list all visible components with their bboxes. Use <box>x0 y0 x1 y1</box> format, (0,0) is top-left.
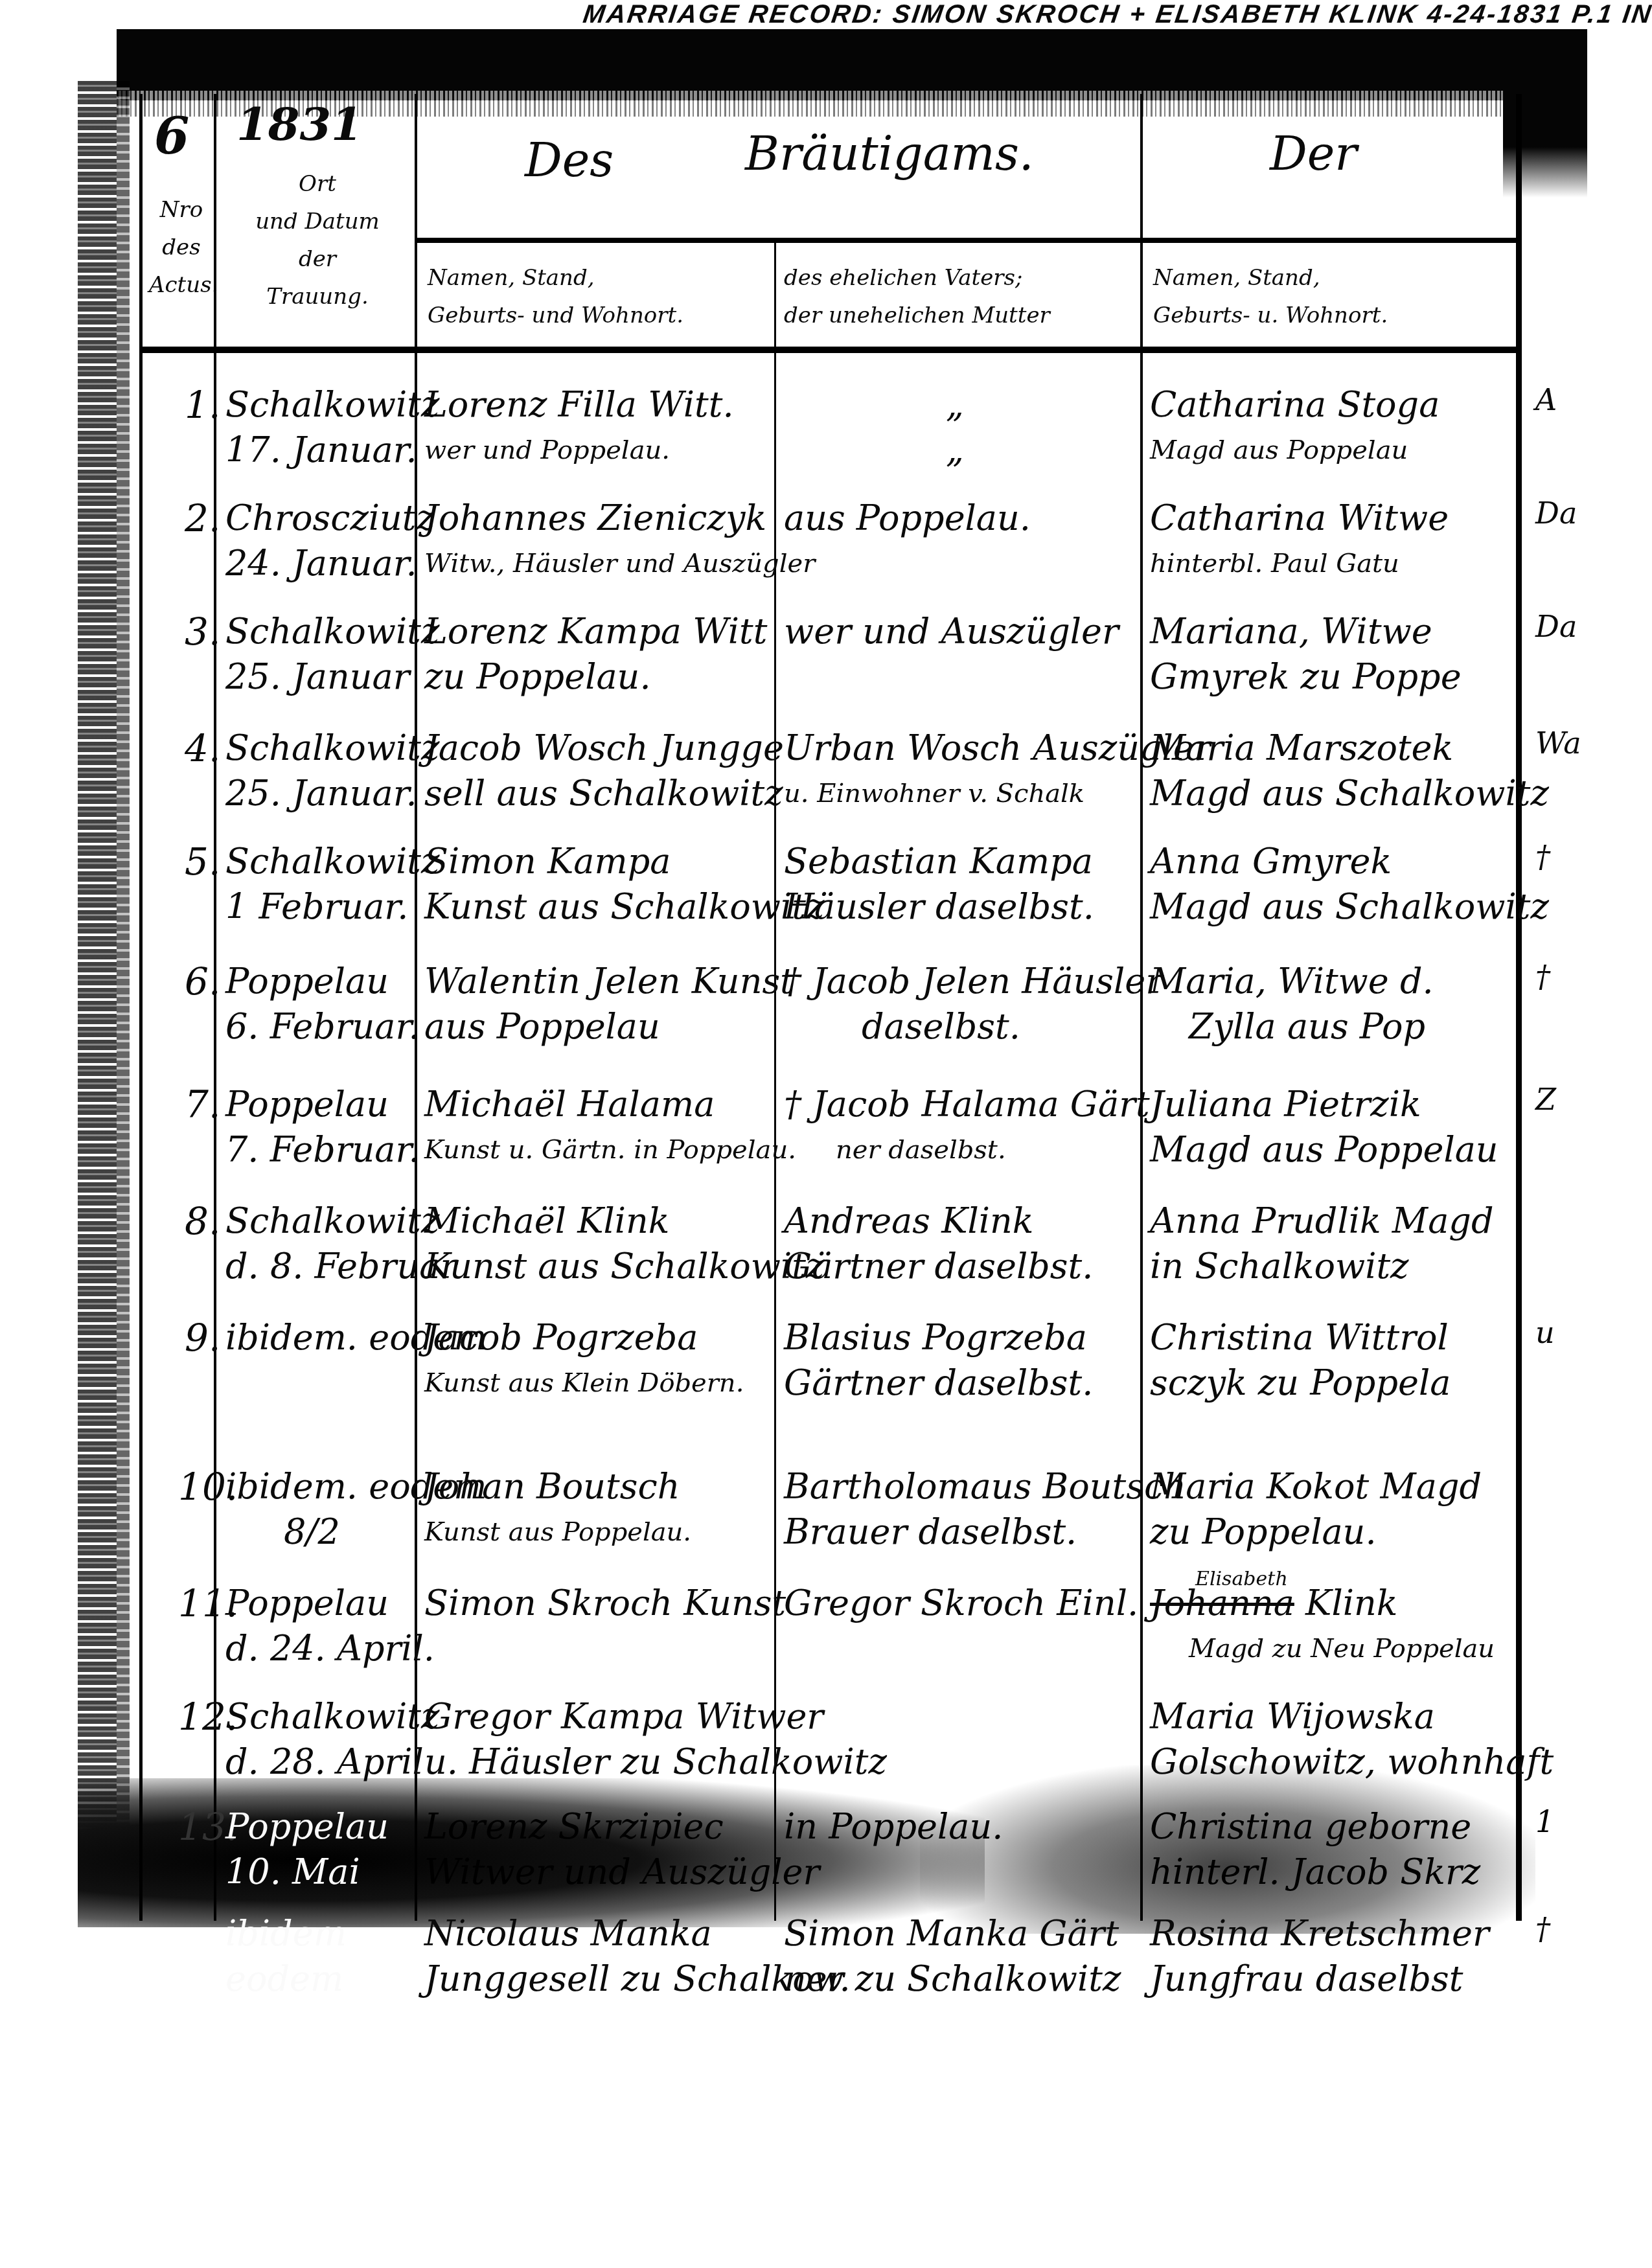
header-title-des: Des <box>525 133 614 187</box>
entry-groom: Jacob PogrzebaKunst aus Klein Döbern. <box>424 1315 744 1406</box>
entry-parents: Blasius PogrzebaGärtner daselbst. <box>784 1315 1093 1406</box>
parents-line-2: u. Einwohner v. Schalk <box>784 771 1211 816</box>
page-number: 6 <box>154 107 189 166</box>
entry-groom: Lorenz Kampa Wittzu Poppelau. <box>424 609 767 700</box>
entry-place-date: ibidemeodem <box>225 1911 347 2002</box>
parents-line-1: Urban Wosch Auszügler <box>784 726 1211 771</box>
entry-parents: Bartholomaus BoutschBrauer daselbst. <box>784 1464 1186 1555</box>
handwritten-annotation: MARRIAGE RECORD: SIMON SKROCH + ELISABET… <box>580 0 1652 32</box>
column-divider-left-edge <box>139 94 143 1921</box>
register-page: 6 1831 Nro des Actus. Ort und Datum der … <box>78 29 1587 2102</box>
parents-line-2: daselbst. <box>784 1004 1162 1049</box>
parents-line-1: † Jacob Jelen Häusler <box>784 959 1162 1004</box>
bride-status: hinterl. Jacob Skrz <box>1150 1850 1480 1895</box>
entry-bride: Juliana PietrzikMagd aus Poppelau <box>1150 1082 1498 1173</box>
parents-line-2: ner zu Schalkowitz <box>784 1956 1121 2002</box>
entry-place-date: Poppelau7. Februar. <box>225 1082 420 1173</box>
groom-status: Witwer und Auszügler <box>424 1850 820 1895</box>
entry-place: Poppelau <box>225 1082 420 1127</box>
bride-status: zu Poppelau. <box>1150 1509 1482 1555</box>
header-col-ort-line: und Datum <box>224 203 411 240</box>
parents-line-2: Gärtner daselbst. <box>784 1360 1093 1406</box>
entry-place: Schalkowitz <box>225 1198 457 1244</box>
entry-place-date: Poppelau10. Mai <box>225 1804 389 1895</box>
entry-place: Chroscziutz <box>225 496 435 541</box>
entry-parents: in Poppelau. <box>784 1804 1003 1850</box>
entry-bride: Maria MarszotekMagd aus Schalkowitz <box>1150 726 1549 816</box>
header-subdivider <box>415 238 1516 243</box>
groom-status: aus Poppelau <box>424 1004 794 1049</box>
parents-line-1: † Jacob Halama Gärt <box>784 1082 1150 1127</box>
entry-groom: Michaël KlinkKunst aus Schalkowitz <box>424 1198 825 1289</box>
entry-date: d. 28. April <box>225 1739 439 1785</box>
groom-status: wer und Poppelau. <box>424 428 734 473</box>
entry-parents: „„ <box>946 382 964 473</box>
header-col-ort-line: der <box>224 240 411 278</box>
entry-place-date: Poppelau6. Februar. <box>225 959 420 1049</box>
margin-note-right: u <box>1535 1315 1555 1350</box>
parents-line-2: Gärtner daselbst. <box>784 1244 1093 1289</box>
entry-date: 1 Februar. <box>225 884 439 930</box>
entry-place-date: Schalkowitz25. Januar <box>225 609 439 700</box>
margin-note-right: 1 <box>1535 1804 1554 1839</box>
entry-parents: wer und Auszügler <box>784 609 1119 654</box>
groom-status: zu Poppelau. <box>424 654 767 700</box>
entry-place: Schalkowitz <box>225 839 439 884</box>
margin-note-right: Da <box>1535 496 1577 531</box>
groom-name: Lorenz Filla Witt. <box>424 382 734 428</box>
bride-name: Maria Kokot Magd <box>1150 1464 1482 1509</box>
register-year: 1831 <box>236 97 363 151</box>
entry-bride: Christina gebornehinterl. Jacob Skrz <box>1150 1804 1480 1895</box>
header-col-groom-parents-line: des ehelichen Vaters; <box>784 259 1137 297</box>
entry-place-date: Chroscziutz24. Januar. <box>225 496 435 586</box>
groom-status: Kunst aus Schalkowitz <box>424 884 825 930</box>
groom-status: sell aus Schalkowitz <box>424 771 784 816</box>
margin-note-right: Wa <box>1535 726 1581 761</box>
bride-name: Maria Marszotek <box>1150 726 1549 771</box>
bride-name: Christina geborne <box>1150 1804 1480 1850</box>
entry-date: 6. Februar. <box>225 1004 420 1049</box>
entry-groom: Jacob Wosch Junggesell aus Schalkowitz <box>424 726 784 816</box>
bride-status: Magd aus Schalkowitz <box>1150 884 1549 930</box>
groom-status: Kunst aus Schalkowitz <box>424 1244 825 1289</box>
entry-bride: Catharina StogaMagd aus Poppelau <box>1150 382 1440 473</box>
entry-place: Schalkowitz <box>225 1694 439 1739</box>
entry-groom: Gregor Kampa Witweru. Häusler zu Schalko… <box>424 1694 887 1785</box>
groom-name: Walentin Jelen Kunst <box>424 959 794 1004</box>
bride-name: Christina Wittrol <box>1150 1315 1451 1360</box>
header-col-ort: Ort und Datum der Trauung. <box>224 165 411 315</box>
parents-line-2: aus Poppelau. <box>784 496 1031 541</box>
entry-place-date: Schalkowitz1 Februar. <box>225 839 439 930</box>
entry-place-date: Poppelaud. 24. April. <box>225 1581 435 1671</box>
entry-parents: Simon Manka Gärtner zu Schalkowitz <box>784 1911 1121 2002</box>
groom-status: u. Häusler zu Schalkowitz <box>424 1739 887 1785</box>
entry-place: Poppelau <box>225 1581 435 1626</box>
entry-groom: Lorenz SkrzipiecWitwer und Auszügler <box>424 1804 820 1895</box>
entry-place-date: Schalkowitz17. Januar. <box>225 382 439 473</box>
groom-name: Lorenz Skrzipiec <box>424 1804 820 1850</box>
bride-status: Golschowitz, wohnhaft <box>1150 1739 1554 1785</box>
parents-line-2: „ <box>946 428 964 473</box>
book-spine-shadow-inner <box>117 81 130 1843</box>
column-divider-bride <box>1516 94 1522 1921</box>
entry-place: ibidem <box>225 1911 347 1956</box>
header-col-groom-name: Namen, Stand, Geburts- und Wohnort. <box>428 259 771 334</box>
margin-note-right: † <box>1535 1911 1550 1946</box>
book-spine-shadow <box>78 81 117 1843</box>
header-col-ort-line: Trauung. <box>224 278 411 315</box>
bride-name: Anna Gmyrek <box>1150 839 1549 884</box>
bride-name: Catharina Witwe <box>1150 496 1449 541</box>
entry-bride: Catharina Witwehinterbl. Paul Gatu <box>1150 496 1449 586</box>
dark-scan-band <box>117 29 1587 100</box>
parents-line-1: Bartholomaus Boutsch <box>784 1464 1186 1509</box>
entry-date: eodem <box>225 1956 347 2002</box>
header-col-nro-line: des <box>149 229 214 266</box>
header-col-ort-line: Ort <box>224 165 411 203</box>
bride-surname: Klink <box>1305 1583 1397 1623</box>
margin-note-right: † <box>1535 959 1550 994</box>
entry-place: Schalkowitz <box>225 382 439 428</box>
parents-line-2: Brauer daselbst. <box>784 1509 1186 1555</box>
groom-status: Witw., Häusler und Auszügler <box>424 541 815 586</box>
entry-number: 1. <box>185 382 220 428</box>
entry-number: 4. <box>185 726 220 771</box>
groom-name: Lorenz Kampa Witt <box>424 609 767 654</box>
bride-status: Magd aus Poppelau <box>1150 1127 1498 1173</box>
bride-name: Maria Wijowska <box>1150 1694 1554 1739</box>
groom-name: Michaël Halama <box>424 1082 796 1127</box>
entry-place-date: Schalkowitzd. 8. Februar <box>225 1198 457 1289</box>
column-divider-nro <box>214 94 216 1921</box>
header-bottom-rule <box>139 347 1519 353</box>
groom-status: Kunst aus Poppelau. <box>424 1509 691 1555</box>
entry-bride: Johanna Elisabeth Klink Magd zu Neu Popp… <box>1150 1581 1495 1671</box>
bride-name: Mariana, Witwe <box>1150 609 1462 654</box>
entry-date: d. 8. Februar <box>225 1244 457 1289</box>
entry-bride: Christina Wittrolsczyk zu Poppela <box>1150 1315 1451 1406</box>
entry-number: 2. <box>185 496 220 541</box>
parents-line-2: ner daselbst. <box>784 1127 1150 1173</box>
parents-line-1: wer und Auszügler <box>784 609 1119 654</box>
bride-status: Zylla aus Pop <box>1150 1004 1434 1049</box>
entry-parents: Sebastian KampaHäusler daselbst. <box>784 839 1094 930</box>
entry-number: 6. <box>185 959 220 1004</box>
header-title-braeutigams: Bräutigams. <box>745 126 1034 181</box>
entry-groom: Simon KampaKunst aus Schalkowitz <box>424 839 825 930</box>
header-title-der: Der <box>1270 126 1357 181</box>
entry-place-date: Schalkowitz25. Januar. <box>225 726 439 816</box>
entry-groom: Johan BoutschKunst aus Poppelau. <box>424 1464 691 1555</box>
header-col-bride-name: Namen, Stand, Geburts- u. Wohnort. <box>1153 259 1513 334</box>
entry-parents: Andreas KlinkGärtner daselbst. <box>784 1198 1093 1289</box>
entry-bride: Maria, Witwe d.Zylla aus Pop <box>1150 959 1434 1049</box>
entry-groom: Michaël HalamaKunst u. Gärtn. in Poppela… <box>424 1082 796 1173</box>
header-col-groom-parents-line: der unehelichen Mutter <box>784 297 1137 334</box>
header-col-bride-name-line: Namen, Stand, <box>1153 259 1513 297</box>
entry-bride: Anna GmyrekMagd aus Schalkowitz <box>1150 839 1549 930</box>
entry-groom: Simon Skroch Kunst <box>424 1581 786 1626</box>
groom-name: Jacob Wosch Jungge <box>424 726 784 771</box>
entry-parents: † Jacob Jelen Häuslerdaselbst. <box>784 959 1162 1049</box>
groom-status: Kunst u. Gärtn. in Poppelau. <box>424 1127 796 1173</box>
margin-note-right: † <box>1535 839 1550 874</box>
entry-date: 25. Januar <box>225 654 439 700</box>
entry-bride: Rosina KretschmerJungfrau daselbst <box>1150 1911 1489 2002</box>
bride-name: Anna Prudlik Magd <box>1150 1198 1493 1244</box>
entry-date: 7. Februar. <box>225 1127 420 1173</box>
entry-date: 17. Januar. <box>225 428 439 473</box>
bride-name: Juliana Pietrzik <box>1150 1082 1498 1127</box>
entry-bride: Mariana, WitweGmyrek zu Poppe <box>1150 609 1462 700</box>
parents-line-2: in Poppelau. <box>784 1804 1003 1850</box>
parents-line-1: „ <box>946 382 964 428</box>
entry-date: 10. Mai <box>225 1850 389 1895</box>
entry-bride: Maria WijowskaGolschowitz, wohnhaft <box>1150 1694 1554 1785</box>
bride-status: Magd zu Neu Poppelau <box>1150 1626 1495 1671</box>
entry-number: 5. <box>185 839 220 884</box>
entry-number: 8. <box>185 1198 220 1244</box>
entry-bride: Maria Kokot Magdzu Poppelau. <box>1150 1464 1482 1555</box>
groom-name: Simon Skroch Kunst <box>424 1581 786 1626</box>
margin-note-right: Da <box>1535 609 1577 644</box>
parents-line-1: Blasius Pogrzeba <box>784 1315 1093 1360</box>
bride-name-correction: Elisabeth <box>1195 1557 1288 1602</box>
bride-name: Johanna Elisabeth Klink <box>1150 1581 1495 1626</box>
entry-number: 3. <box>185 609 220 654</box>
bride-name: Rosina Kretschmer <box>1150 1911 1489 1956</box>
entry-date: d. 24. April. <box>225 1626 435 1671</box>
entry-number: 9. <box>185 1315 220 1360</box>
bride-status: in Schalkowitz <box>1150 1244 1493 1289</box>
groom-name: Johan Boutsch <box>424 1464 691 1509</box>
bride-status: Magd aus Schalkowitz <box>1150 771 1549 816</box>
entry-parents: Gregor Skroch Einl. <box>784 1581 1138 1626</box>
bride-status: sczyk zu Poppela <box>1150 1360 1451 1406</box>
bride-name: Catharina Stoga <box>1150 382 1440 428</box>
parents-line-1: Simon Manka Gärt <box>784 1911 1121 1956</box>
entry-parents: aus Poppelau. <box>784 496 1031 541</box>
groom-name: Simon Kampa <box>424 839 825 884</box>
groom-name: Johannes Zieniczyk <box>424 496 815 541</box>
header-col-bride-name-line: Geburts- u. Wohnort. <box>1153 297 1513 334</box>
bride-status: Magd aus Poppelau <box>1150 428 1440 473</box>
margin-note-right: Z <box>1535 1082 1556 1117</box>
margin-note-right: A <box>1535 382 1557 417</box>
header-col-groom-parents: des ehelichen Vaters; der unehelichen Mu… <box>784 259 1137 334</box>
groom-name: Gregor Kampa Witwer <box>424 1694 887 1739</box>
header-col-groom-name-line: Geburts- und Wohnort. <box>428 297 771 334</box>
header-col-nro-line: Nro <box>149 191 214 229</box>
bride-status: Jungfrau daselbst <box>1150 1956 1489 2002</box>
entry-number: 7. <box>185 1082 220 1127</box>
entry-bride: Anna Prudlik Magdin Schalkowitz <box>1150 1198 1493 1289</box>
entry-groom: Lorenz Filla Witt.wer und Poppelau. <box>424 382 734 473</box>
entry-groom: Johannes ZieniczykWitw., Häusler und Aus… <box>424 496 815 586</box>
parents-line-1: Andreas Klink <box>784 1198 1093 1244</box>
groom-name: Michaël Klink <box>424 1198 825 1244</box>
entry-place: Schalkowitz <box>225 726 439 771</box>
header-col-nro: Nro des Actus. <box>149 191 214 304</box>
bride-status: Gmyrek zu Poppe <box>1150 654 1462 700</box>
bride-status: hinterbl. Paul Gatu <box>1150 541 1449 586</box>
entry-groom: Walentin Jelen Kunstaus Poppelau <box>424 959 794 1049</box>
entry-place-date: Schalkowitzd. 28. April <box>225 1694 439 1785</box>
entry-parents: Urban Wosch Auszügleru. Einwohner v. Sch… <box>784 726 1211 816</box>
parents-line-1: Sebastian Kampa <box>784 839 1094 884</box>
entry-place: Poppelau <box>225 959 420 1004</box>
header-col-nro-line: Actus. <box>149 266 214 304</box>
entry-date: 24. Januar. <box>225 541 435 586</box>
parents-line-1: Gregor Skroch Einl. <box>784 1581 1138 1626</box>
groom-name: Jacob Pogrzeba <box>424 1315 744 1360</box>
bride-name: Maria, Witwe d. <box>1150 959 1434 1004</box>
parents-line-2: Häusler daselbst. <box>784 884 1094 930</box>
entry-place: Poppelau <box>225 1804 389 1850</box>
entry-place: Schalkowitz <box>225 609 439 654</box>
groom-status: Kunst aus Klein Döbern. <box>424 1360 744 1406</box>
header-col-groom-name-line: Namen, Stand, <box>428 259 771 297</box>
entry-parents: † Jacob Halama Gärtner daselbst. <box>784 1082 1150 1173</box>
entry-date: 25. Januar. <box>225 771 439 816</box>
